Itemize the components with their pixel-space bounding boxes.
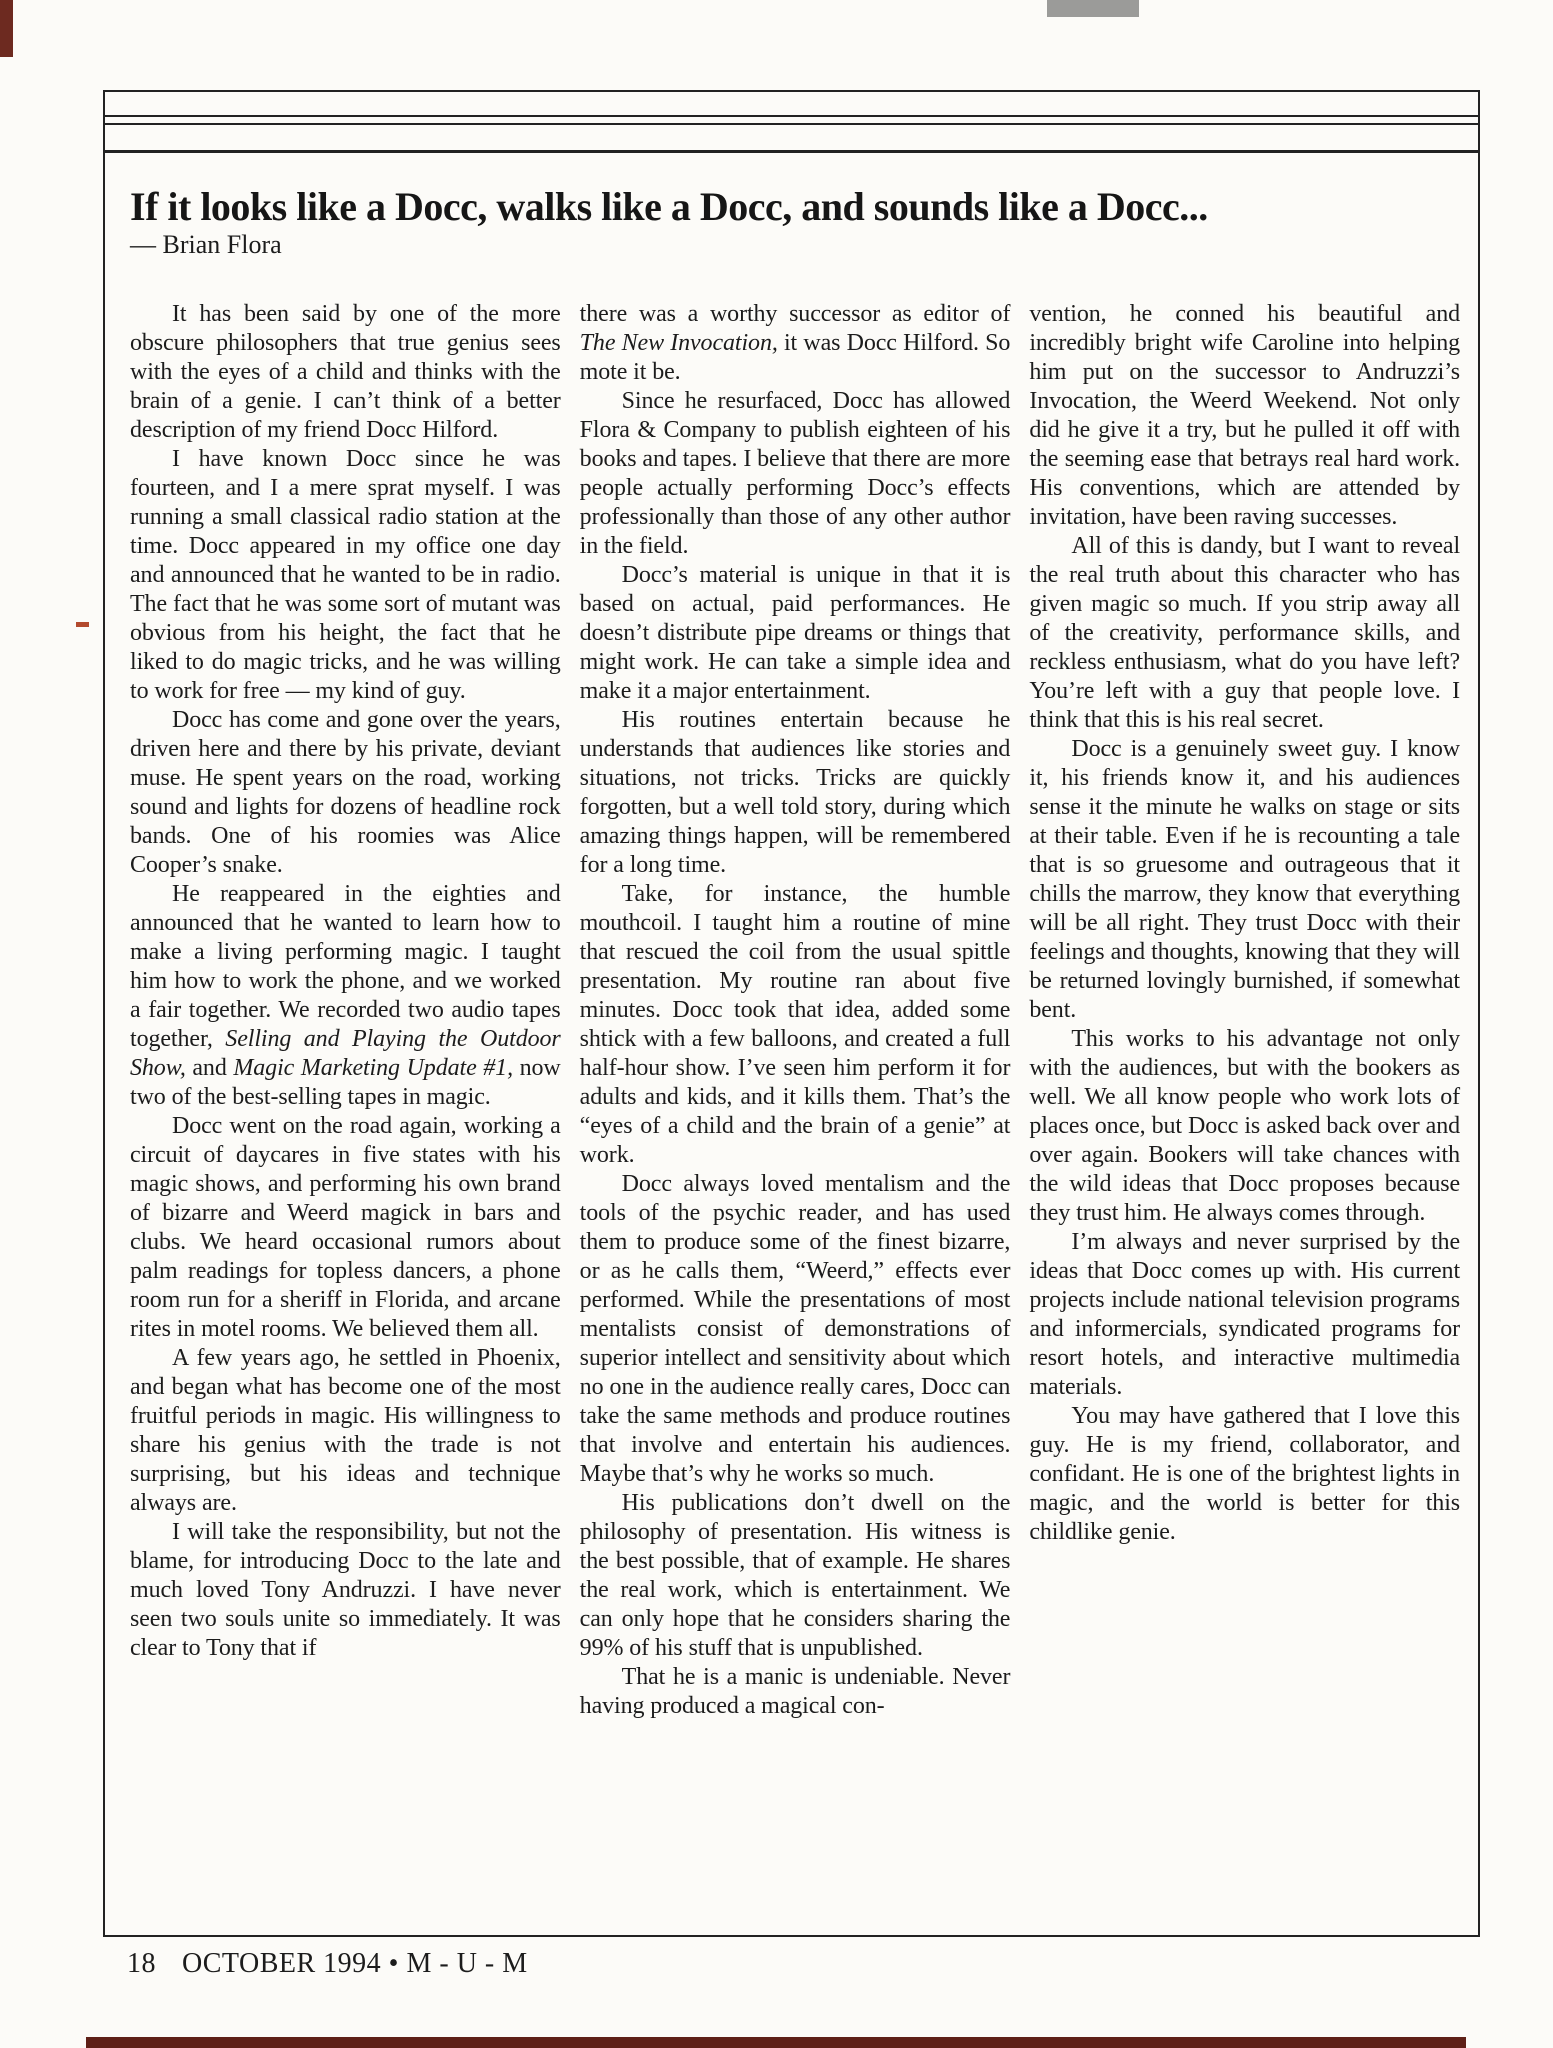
scanned-magazine-page: { "page": { "footer": { "page_number": "… xyxy=(0,0,1553,2048)
scan-artifact-bottom-bar xyxy=(86,2037,1466,2048)
paragraph: I will take the responsibility, but not … xyxy=(130,1518,561,1663)
masthead-rule-2 xyxy=(105,123,1478,125)
paragraph: Docc went on the road again, working a c… xyxy=(130,1112,561,1344)
paragraph: Docc is a genuinely sweet guy. I know it… xyxy=(1029,735,1460,1025)
article-column-3: vention, he conned his beautiful and inc… xyxy=(1029,300,1460,1721)
paragraph: Docc always loved mentalism and the tool… xyxy=(580,1170,1011,1489)
paragraph: Docc’s material is unique in that it is … xyxy=(580,561,1011,706)
scan-artifact-margin-dash xyxy=(76,622,89,627)
paragraph: It has been said by one of the more obsc… xyxy=(130,300,561,445)
page-footer: 18OCTOBER 1994 • M - U - M xyxy=(127,1948,528,1980)
paragraph: vention, he conned his beautiful and inc… xyxy=(1029,300,1460,532)
article-byline: — Brian Flora xyxy=(130,230,282,260)
footer-issue-line: OCTOBER 1994 • M - U - M xyxy=(182,1948,528,1979)
paragraph: You may have gathered that I love this g… xyxy=(1029,1402,1460,1547)
masthead-rule-1 xyxy=(105,115,1478,117)
paragraph: His publications don’t dwell on the phil… xyxy=(580,1489,1011,1663)
paragraph: He reappeared in the eighties and announ… xyxy=(130,880,561,1112)
article-column-1: It has been said by one of the more obsc… xyxy=(130,300,561,1721)
paragraph: I have known Docc since he was fourteen,… xyxy=(130,445,561,706)
article-box: If it looks like a Docc, walks like a Do… xyxy=(103,90,1480,1937)
article-title: If it looks like a Docc, walks like a Do… xyxy=(130,183,1460,230)
paragraph: Since he resurfaced, Docc has allowed Fl… xyxy=(580,387,1011,561)
paragraph: A few years ago, he settled in Phoenix, … xyxy=(130,1344,561,1518)
paragraph: This works to his advantage not only wit… xyxy=(1029,1025,1460,1228)
footer-page-number: 18 xyxy=(127,1948,156,1979)
article-column-2: there was a worthy successor as editor o… xyxy=(580,300,1011,1721)
scan-artifact-top-right-block xyxy=(1047,0,1139,17)
paragraph: Take, for instance, the humble mouthcoil… xyxy=(580,880,1011,1170)
article-columns: It has been said by one of the more obsc… xyxy=(130,300,1460,1721)
paragraph: His routines entertain because he unders… xyxy=(580,706,1011,880)
paragraph: Docc has come and gone over the years, d… xyxy=(130,706,561,880)
paragraph: That he is a manic is undeniable. Never … xyxy=(580,1663,1011,1721)
paragraph: I’m always and never surprised by the id… xyxy=(1029,1228,1460,1402)
paragraph: All of this is dandy, but I want to reve… xyxy=(1029,532,1460,735)
masthead-rule-3 xyxy=(105,150,1478,153)
paragraph: there was a worthy successor as editor o… xyxy=(580,300,1011,387)
scan-artifact-top-left-sliver xyxy=(0,0,13,57)
